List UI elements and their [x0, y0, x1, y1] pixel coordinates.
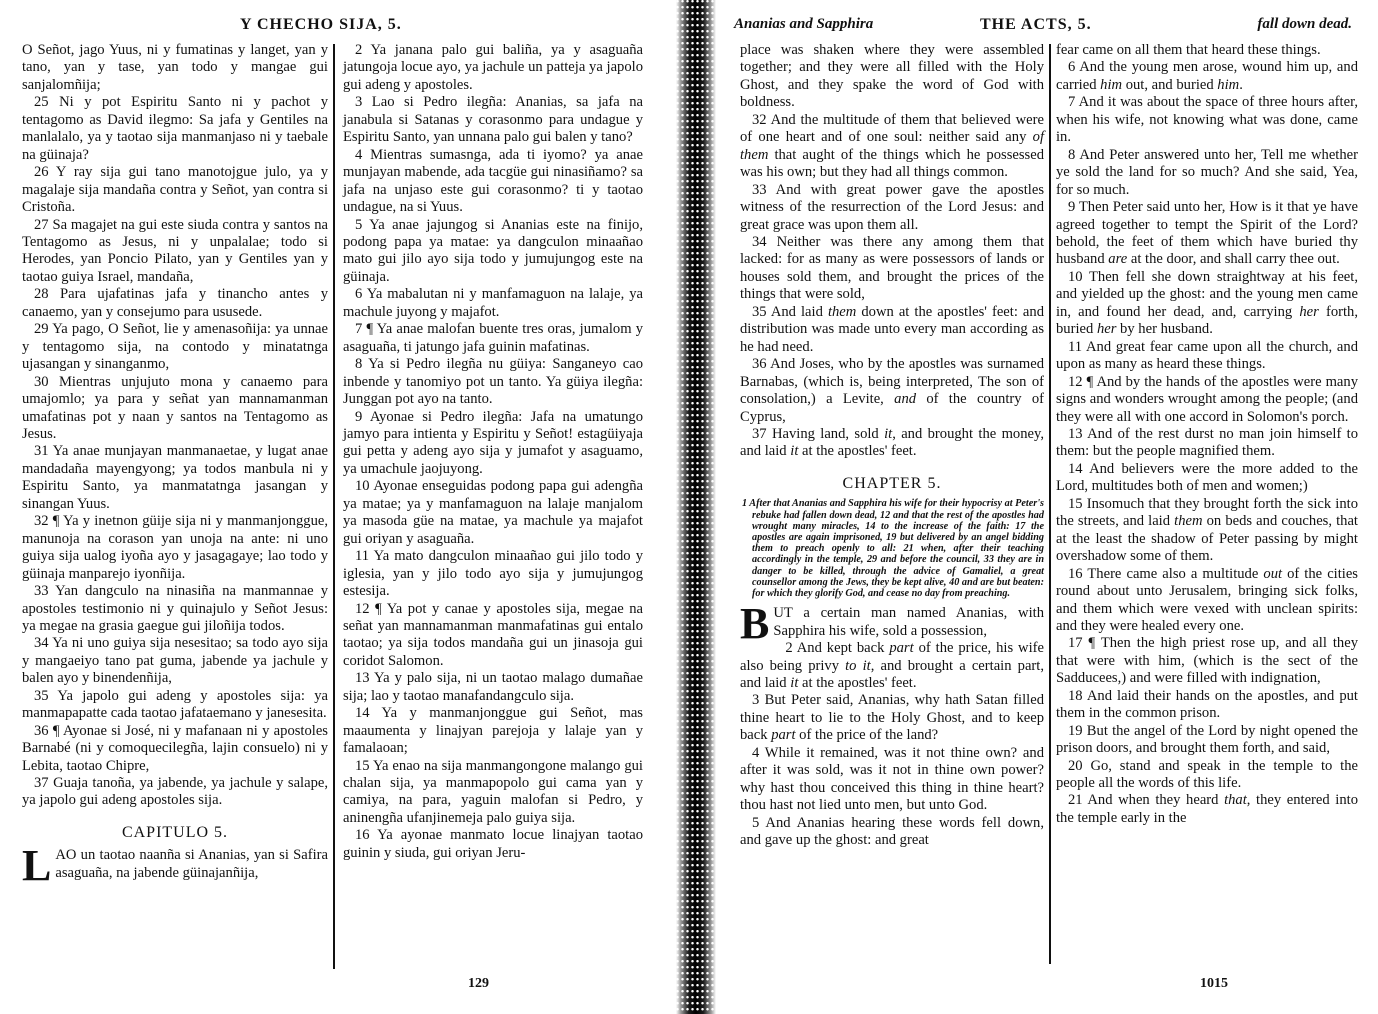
column-divider: [333, 44, 335, 969]
verse: 34 Neither was there any among them that…: [740, 234, 1044, 304]
continued-paragraph: place was shaken where they were assembl…: [740, 42, 1044, 112]
verse: 25 Ni y pot Espiritu Santo ni y pachot y…: [22, 94, 328, 164]
verse: 36 ¶ Ayonae si José, ni y mafanaan ni y …: [22, 723, 328, 775]
continued-paragraph: O Señot, jago Yuus, ni y fumatinas y lan…: [22, 42, 328, 94]
continued-paragraph: fear came on all them that heard these t…: [1056, 42, 1358, 59]
verse: 4 Mientras sumasnga, ada ti iyomo? ya an…: [343, 147, 643, 217]
verse: 37 Guaja tanoña, ya jabende, ya jachule …: [22, 775, 328, 810]
verse: 8 Ya si Pedro ilegña nu güiya: Sanganeyo…: [343, 356, 643, 408]
chapter-heading: CAPITULO 5.: [22, 824, 328, 841]
verse: 11 Ya mato dangculon minaañao gui jilo t…: [343, 548, 643, 600]
verse: 33 And with great power gave the apostle…: [740, 182, 1044, 234]
verse: 16 Ya ayonae manmato locue linajyan taot…: [343, 827, 643, 862]
verse: 7 And it was about the space of three ho…: [1056, 94, 1358, 146]
left-column-1: O Señot, jago Yuus, ni y fumatinas y lan…: [22, 42, 328, 884]
verse: 27 Sa magajet na gui este siuda contra y…: [22, 217, 328, 287]
verse: 11 And great fear came upon all the chur…: [1056, 339, 1358, 374]
verse: 19 But the angel of the Lord by night op…: [1056, 723, 1358, 758]
right-column-1: place was shaken where they were assembl…: [740, 42, 1044, 850]
right-page: Ananias and Sapphira THE ACTS, 5. fall d…: [712, 0, 1378, 1014]
running-head: Y CHECHO SIJA, 5.: [240, 16, 402, 34]
verse: 9 Ayonae si Pedro ilegña: Jafa na umatun…: [343, 409, 643, 479]
verse: 21 And when they heard that, they entere…: [1056, 792, 1358, 827]
verse: 28 Para ujafatinas jafa y tinancho antes…: [22, 286, 328, 321]
verse: 15 Ya enao na sija manmangongone malango…: [343, 758, 643, 828]
verse: 34 Ya ni uno guiya sija nesesitao; sa to…: [22, 635, 328, 687]
verse: 5 And Ananias hearing these words fell d…: [740, 815, 1044, 850]
left-page: Y CHECHO SIJA, 5. O Señot, jago Yuus, ni…: [0, 0, 680, 1014]
verse: 15 Insomuch that they brought forth the …: [1056, 496, 1358, 566]
verse: 8 And Peter answered unto her, Tell me w…: [1056, 147, 1358, 199]
verse: 4 While it remained, was it not thine ow…: [740, 745, 1044, 815]
verse: 5 Ya anae jajungog si Ananias este na fi…: [343, 217, 643, 287]
verse: 6 Ya mabalutan ni y manfamaguon na lalaj…: [343, 286, 643, 321]
verse: 32 And the multitude of them that believ…: [740, 112, 1044, 182]
page-number: 1015: [1200, 976, 1228, 992]
verse: 17 ¶ Then the high priest rose up, and a…: [1056, 635, 1358, 687]
verse: 12 ¶ And by the hands of the apostles we…: [1056, 374, 1358, 426]
verse: 6 And the young men arose, wound him up,…: [1056, 59, 1358, 94]
chapter-opening: BUT a certain man named Ananias, with Sa…: [740, 605, 1044, 640]
verse: 14 Ya y manmanjonggue gui Señot, mas maa…: [343, 705, 643, 757]
chapter-opening: LAO un taotao naanña si Ananias, yan si …: [22, 847, 328, 882]
verse: 7 ¶ Ya anae malofan buente tres oras, ju…: [343, 321, 643, 356]
verse: 16 There came also a multitude out of th…: [1056, 566, 1358, 636]
verse: 35 And laid them down at the apostles' f…: [740, 304, 1044, 356]
verse-list: O Señot, jago Yuus, ni y fumatinas y lan…: [22, 42, 328, 810]
verse: 3 But Peter said, Ananias, why hath Sata…: [740, 692, 1044, 744]
verse: 14 And believers were the more added to …: [1056, 461, 1358, 496]
verse: 2 And kept back part of the price, his w…: [740, 640, 1044, 692]
verse: 10 Then fell she down straightway at his…: [1056, 269, 1358, 339]
opening-text: UT a certain man named Ananias, with Sap…: [773, 605, 1044, 638]
verse: 31 Ya anae munjayan manmanaetae, y lugat…: [22, 443, 328, 513]
column-divider: [1049, 44, 1051, 964]
verse: 3 Lao si Pedro ilegña: Ananias, sa jafa …: [343, 94, 643, 146]
running-head-left: Ananias and Sapphira: [734, 16, 873, 33]
drop-cap: L: [22, 848, 51, 884]
running-head-right: fall down dead.: [1257, 16, 1352, 33]
verse: 36 And Joses, who by the apostles was su…: [740, 356, 1044, 426]
left-column-2: 2 Ya janana palo gui baliña, ya y asagua…: [343, 42, 643, 862]
verse: 2 Ya janana palo gui baliña, ya y asagua…: [343, 42, 643, 94]
verse: 10 Ayonae enseguidas podong papa gui ade…: [343, 478, 643, 548]
right-column-2: fear came on all them that heard these t…: [1056, 42, 1358, 827]
verse: 33 Yan dangculo na ninasiña na manmannae…: [22, 583, 328, 635]
verse: 13 And of the rest durst no man join him…: [1056, 426, 1358, 461]
verse: 29 Ya pago, O Señot, lie y amenasoñija: …: [22, 321, 328, 373]
verse-list: fear came on all them that heard these t…: [1056, 42, 1358, 827]
running-head-center: THE ACTS, 5.: [980, 16, 1092, 34]
verse-list: 2 Ya janana palo gui baliña, ya y asagua…: [343, 42, 643, 862]
chapter-heading: CHAPTER 5.: [740, 475, 1044, 492]
verse: 35 Ya japolo gui adeng y apostoles sija:…: [22, 688, 328, 723]
verse: 37 Having land, sold it, and brought the…: [740, 426, 1044, 461]
drop-cap: B: [740, 606, 769, 642]
verse: 26 Y ray sija gui tano manotojgue julo, …: [22, 164, 328, 216]
verse: 30 Mientras unjujuto mona y canaemo para…: [22, 374, 328, 444]
verse: 12 ¶ Ya pot y canae y apostoles sija, me…: [343, 601, 643, 671]
verse: 18 And laid their hands on the apostles,…: [1056, 688, 1358, 723]
page-number: 129: [468, 976, 489, 992]
verse: 9 Then Peter said unto her, How is it th…: [1056, 199, 1358, 269]
verse: 13 Ya y palo sija, ni un taotao malago d…: [343, 670, 643, 705]
verse-list: place was shaken where they were assembl…: [740, 42, 1044, 461]
opening-text: AO un taotao naanña si Ananias, yan si S…: [55, 847, 328, 880]
verse-list: 2 And kept back part of the price, his w…: [740, 640, 1044, 849]
book-gutter: [676, 0, 716, 1014]
verse: 20 Go, stand and speak in the temple to …: [1056, 758, 1358, 793]
chapter-summary: 1 After that Ananias and Sapphira his wi…: [740, 498, 1044, 599]
verse: 32 ¶ Ya y inetnon güije sija ni y manman…: [22, 513, 328, 583]
